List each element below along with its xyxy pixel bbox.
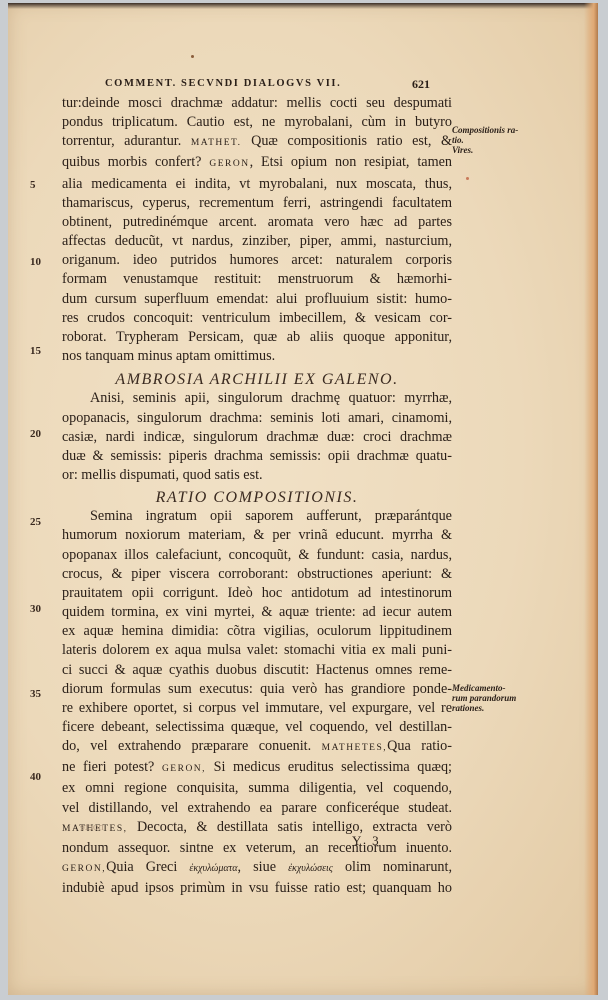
text-line: origanum. ideo putridos humores arcet: n…	[62, 251, 452, 270]
ink-spot	[191, 55, 194, 58]
text-line: casiæ, nardi indicæ, singulorum drachmæ …	[62, 428, 452, 447]
text-line: alia medicamenta ei indita, vt myrobalan…	[62, 175, 452, 194]
text-line: Semina ingratum opii saporem aufferunt, …	[62, 507, 452, 526]
body-text: tur:deinde mosci drachmæ addatur: mellis…	[62, 94, 452, 898]
text-line: ex aquæ hemina dimidia: cõtra vigilias, …	[62, 622, 452, 641]
bleed-through-text: nocte	[80, 821, 104, 833]
text-line: quidem tormina, ex vini myrtei, & aquæ t…	[62, 603, 452, 622]
greek-word: ἐκχυλώματα	[189, 863, 237, 874]
text-line: quibus morbis confert? GERON, Etsi opium…	[62, 153, 452, 174]
running-head: COMMENT. SECVNDI DIALOGVS VII.	[105, 78, 445, 89]
text-line: Anisi, seminis apii, singulorum drachmę …	[62, 389, 452, 408]
text-line: opopanacis, singulorum drachma: seminis …	[62, 409, 452, 428]
text-line: ci succi & aquæ cyathis duobus discutit:…	[62, 661, 452, 680]
text-fragment: Qua ratio-	[387, 738, 452, 754]
margin-note-line: tio.	[452, 135, 518, 145]
text-line: GERON,Quia Greci ἐκχυλώματα, siue ἐκχυλώ…	[62, 858, 452, 879]
text-line: opopanax illos calefaciunt, concoquũt, &…	[62, 546, 452, 565]
margin-note-line: rationes.	[452, 703, 516, 713]
book-page: COMMENT. SECVNDI DIALOGVS VII. 621 Compo…	[8, 3, 598, 995]
text-line: roborat. Trypheram Persicam, quæ ab alii…	[62, 328, 452, 347]
speaker-geron: GERON,	[62, 864, 106, 874]
ink-spot	[466, 177, 469, 180]
text-fragment: do, vel extrahendo præparare conuenit.	[62, 738, 311, 754]
text-line: MATHETES, Decocta, & destillata satis in…	[62, 818, 452, 839]
text-fragment: Quæ compositionis ratio est, &	[251, 133, 452, 149]
speaker-mathetes: MATHETES,	[322, 743, 388, 753]
margin-note-compositionis: Compositionis ra- tio. Vires.	[452, 125, 518, 155]
text-line: or: mellis dispumati, quod satis est.	[62, 466, 452, 485]
text-line: re exhibere oportet, si corpus vel immut…	[62, 699, 452, 718]
speaker-mathet: MATHET.	[191, 138, 242, 148]
text-fragment: Decocta, & destillata satis intelligo, e…	[137, 819, 452, 835]
margin-note-medicamentorum: Medicamento- rum parandorum rationes.	[452, 683, 516, 713]
text-line: pondus triplicatum. Cautio est, ne myrob…	[62, 113, 452, 132]
text-line: duæ & semissis: piperis drachma semissis…	[62, 447, 452, 466]
text-line: dum cursum superfluum emendat: alui prof…	[62, 290, 452, 309]
margin-note-line: Medicamento-	[452, 683, 516, 693]
text-line: do, vel extrahendo præparare conuenit. M…	[62, 737, 452, 758]
margin-note-line: Compositionis ra-	[452, 125, 518, 135]
text-line: obtinent, putredinémque arcent. aromata …	[62, 213, 452, 232]
text-line: diorum formulas sum executus: quia verò …	[62, 680, 452, 699]
page-number: 621	[412, 77, 430, 92]
text-line: humorum noxiorum materiam, & per vrinã e…	[62, 526, 452, 545]
text-line: torrentur, adurantur. MATHET. Quæ compos…	[62, 132, 452, 153]
text-line: prauitatem opii corrigunt. Ideò hoc anti…	[62, 584, 452, 603]
text-line: affectas deducũt, vt nardus, zinziber, p…	[62, 232, 452, 251]
line-number: 35	[30, 688, 41, 700]
line-number: 5	[30, 179, 36, 191]
text-line: tur:deinde mosci drachmæ addatur: mellis…	[62, 94, 452, 113]
text-line: ex omni regione conquisita, summa dilige…	[62, 779, 452, 798]
text-line: res crudos concoquit: ventriculum imbeci…	[62, 309, 452, 328]
text-line: thamariscus, cyperus, recrementum ferri,…	[62, 194, 452, 213]
line-number: 30	[30, 603, 41, 615]
text-line: ficere debeant, selectissima quæque, vel…	[62, 718, 452, 737]
text-fragment: olim nominarunt,	[333, 859, 452, 875]
text-line: nos tanquam minus aptam omittimus.	[62, 347, 452, 366]
margin-note-line: Vires.	[452, 145, 518, 155]
text-line: nondum assequor. sintne ex veterum, an r…	[62, 839, 452, 858]
section-heading-ambrosia: AMBROSIA ARCHILII EX GALENO.	[62, 370, 452, 389]
text-fragment: Si medicus eruditus selectissima quæq;	[214, 759, 452, 775]
text-line: ne fieri potest? GERON, Si medicus erudi…	[62, 758, 452, 779]
text-fragment: , Etsi opium non resipiat, tamen	[250, 154, 452, 170]
text-line: crocus, & piper viscera corroborant: obs…	[62, 565, 452, 584]
text-line: vel distillando, vel extrahendo ea parar…	[62, 799, 452, 818]
line-number: 40	[30, 771, 41, 783]
text-fragment: quibus morbis confert?	[62, 154, 201, 170]
line-number: 10	[30, 256, 41, 268]
text-fragment: torrentur, adurantur.	[62, 133, 181, 149]
signature-mark: Y 3	[352, 833, 379, 849]
speaker-geron: GERON	[209, 159, 249, 169]
margin-note-line: rum parandorum	[452, 693, 516, 703]
greek-word: ἐκχυλώσεις	[288, 863, 333, 874]
text-fragment: ne fieri potest?	[62, 759, 154, 775]
line-number: 15	[30, 345, 41, 357]
line-number: 25	[30, 516, 41, 528]
text-line: lateris dolorem ex aqua mulsa valet: sto…	[62, 641, 452, 660]
section-heading-ratio: RATIO COMPOSITIONIS.	[62, 488, 452, 507]
text-line: indubiè apud ipsos primùm in vsu fuisse …	[62, 879, 452, 898]
text-fragment: , siue	[238, 859, 277, 875]
text-fragment: Quia Greci	[106, 859, 177, 875]
text-line: formam venustamque restituit: menstruoru…	[62, 270, 452, 289]
speaker-geron: GERON,	[162, 764, 206, 774]
line-number: 20	[30, 428, 41, 440]
